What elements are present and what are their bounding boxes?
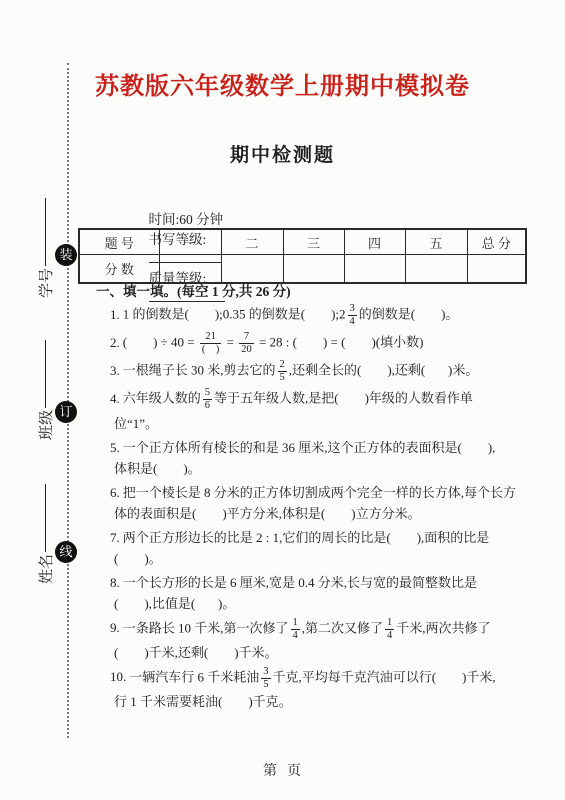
- question: 2.( ) ÷ 40 = 21( ) = 720 = 28 : ( ) = ( …: [110, 331, 532, 356]
- question: 4.六年级人数的56等于五年级人数,是把( )年级的人数看作单位“1”。: [110, 387, 532, 433]
- page-title: 苏教版六年级数学上册期中模拟卷: [0, 66, 565, 101]
- question-line: 位“1”。: [110, 413, 532, 434]
- fraction: 720: [239, 331, 254, 356]
- question: 1.1 的倒数是( );0.35 的倒数是( );234的倒数是( )。: [110, 303, 532, 328]
- fraction: 25: [278, 359, 287, 384]
- page-footer: 第 页: [0, 760, 565, 780]
- side-label-class: 班级: [35, 340, 55, 440]
- question-line: 1.1 的倒数是( );0.35 的倒数是( );234的倒数是( )。: [110, 303, 532, 328]
- fraction: 35: [261, 666, 270, 691]
- score-header-cell: 三: [283, 229, 344, 255]
- question-line: 10.一辆汽车行 6 千米耗油35千克,平均每千克汽油可以行( )千米,: [110, 666, 532, 691]
- time-limit-label: 时间:60 分钟: [149, 208, 224, 228]
- question-line: 3.一根绳子长 30 米,剪去它的25,还剩全长的( ),还剩( )米。: [110, 359, 532, 384]
- score-header-cell: 五: [405, 229, 467, 255]
- side-label-student-id: 学号: [35, 198, 55, 298]
- question-number: 10.: [110, 669, 126, 684]
- question-line: ( )千米,还剩( )千米。: [110, 642, 532, 663]
- fraction: 14: [291, 617, 300, 642]
- score-table: 题 号 一 二 三 四 五 总 分 分 数: [78, 228, 527, 284]
- question-number: 4.: [110, 391, 120, 406]
- question-line: 2.( ) ÷ 40 = 21( ) = 720 = 28 : ( ) = ( …: [110, 331, 532, 356]
- question: 10.一辆汽车行 6 千米耗油35千克,平均每千克汽油可以行( )千米,行 1 …: [110, 666, 532, 712]
- score-header-cell: 四: [344, 229, 405, 255]
- score-header-cell: 题 号: [79, 229, 159, 255]
- score-table-header-row: 题 号 一 二 三 四 五 总 分: [79, 229, 526, 255]
- side-label-text: 学号: [35, 268, 56, 298]
- exam-paper: 学号 班级 姓名 装 订 线 苏教版六年级数学上册期中模拟卷 期中检测题 时间:…: [0, 0, 565, 800]
- fraction: 14: [385, 617, 394, 642]
- question-line: 7.两个正方形边长的比是 2 : 1,它们的周长的比是( ),面积的比是: [110, 527, 532, 548]
- question: 3.一根绳子长 30 米,剪去它的25,还剩全长的( ),还剩( )米。: [110, 359, 532, 384]
- side-label-text: 姓名: [35, 554, 56, 584]
- question-line: ( ),比值是( )。: [110, 593, 532, 614]
- score-row-label: 分 数: [79, 255, 159, 284]
- score-cell: [159, 255, 221, 284]
- question-line: 8.一个长方形的长是 6 厘米,宽是 0.4 分米,长与宽的最简整数比是: [110, 572, 532, 593]
- score-table-score-row: 分 数: [79, 255, 526, 284]
- score-header-cell: 二: [221, 229, 283, 255]
- score-header-cell: 总 分: [467, 229, 526, 255]
- score-cell: [467, 255, 526, 284]
- question-line: 9.一条路长 10 千米,第一次修了14,第二次又修了14千米,两次共修了: [110, 617, 532, 642]
- seal-badge-xian: 线: [55, 541, 77, 563]
- name-blank: [45, 484, 46, 552]
- questions: 1.1 的倒数是( );0.35 的倒数是( );234的倒数是( )。2.( …: [110, 303, 532, 715]
- question-line: 6.把一个棱长是 8 分米的正方体切割成两个完全一样的长方体,每个长方: [110, 482, 532, 503]
- section-heading: 一、填一填。(每空 1 分,共 26 分): [96, 280, 291, 300]
- class-blank: [45, 340, 46, 408]
- score-cell: [344, 255, 405, 284]
- question-number: 5.: [110, 440, 120, 455]
- fraction: 21( ): [200, 331, 222, 356]
- question-line: ( )。: [110, 548, 532, 569]
- score-cell: [221, 255, 283, 284]
- question: 6.把一个棱长是 8 分米的正方体切割成两个完全一样的长方体,每个长方体的表面积…: [110, 482, 532, 524]
- side-label-text: 班级: [35, 410, 56, 440]
- question: 8.一个长方形的长是 6 厘米,宽是 0.4 分米,长与宽的最简整数比是( ),…: [110, 572, 532, 614]
- question-number: 3.: [110, 363, 120, 378]
- question-line: 体的表面积是( )平方分米,体积是( )立方分米。: [110, 503, 532, 524]
- fraction: 56: [203, 387, 212, 412]
- question-number: 9.: [110, 620, 120, 635]
- question-line: 体积是( )。: [110, 458, 532, 479]
- fraction: 34: [348, 303, 357, 328]
- question-number: 6.: [110, 485, 120, 500]
- question: 9.一条路长 10 千米,第一次修了14,第二次又修了14千米,两次共修了( )…: [110, 617, 532, 663]
- question-line: 行 1 千米需要耗油( )千克。: [110, 691, 532, 712]
- score-cell: [283, 255, 344, 284]
- question: 7.两个正方形边长的比是 2 : 1,它们的周长的比是( ),面积的比是( )。: [110, 527, 532, 569]
- question-number: 2.: [110, 335, 120, 350]
- seal-badge-ding: 订: [55, 401, 77, 423]
- side-label-name: 姓名: [35, 484, 55, 584]
- question-line: 5.一个正方体所有棱长的和是 36 厘米,这个正方体的表面积是( ),: [110, 437, 532, 458]
- student-id-blank: [45, 198, 46, 266]
- question-number: 1.: [110, 307, 120, 322]
- score-header-cell: 一: [159, 229, 221, 255]
- question-number: 7.: [110, 530, 120, 545]
- exam-subtitle: 期中检测题: [0, 140, 565, 167]
- question-number: 8.: [110, 575, 120, 590]
- question: 5.一个正方体所有棱长的和是 36 厘米,这个正方体的表面积是( ),体积是( …: [110, 437, 532, 479]
- score-cell: [405, 255, 467, 284]
- question-line: 4.六年级人数的56等于五年级人数,是把( )年级的人数看作单: [110, 387, 532, 412]
- seal-badge-zhuang: 装: [55, 244, 77, 266]
